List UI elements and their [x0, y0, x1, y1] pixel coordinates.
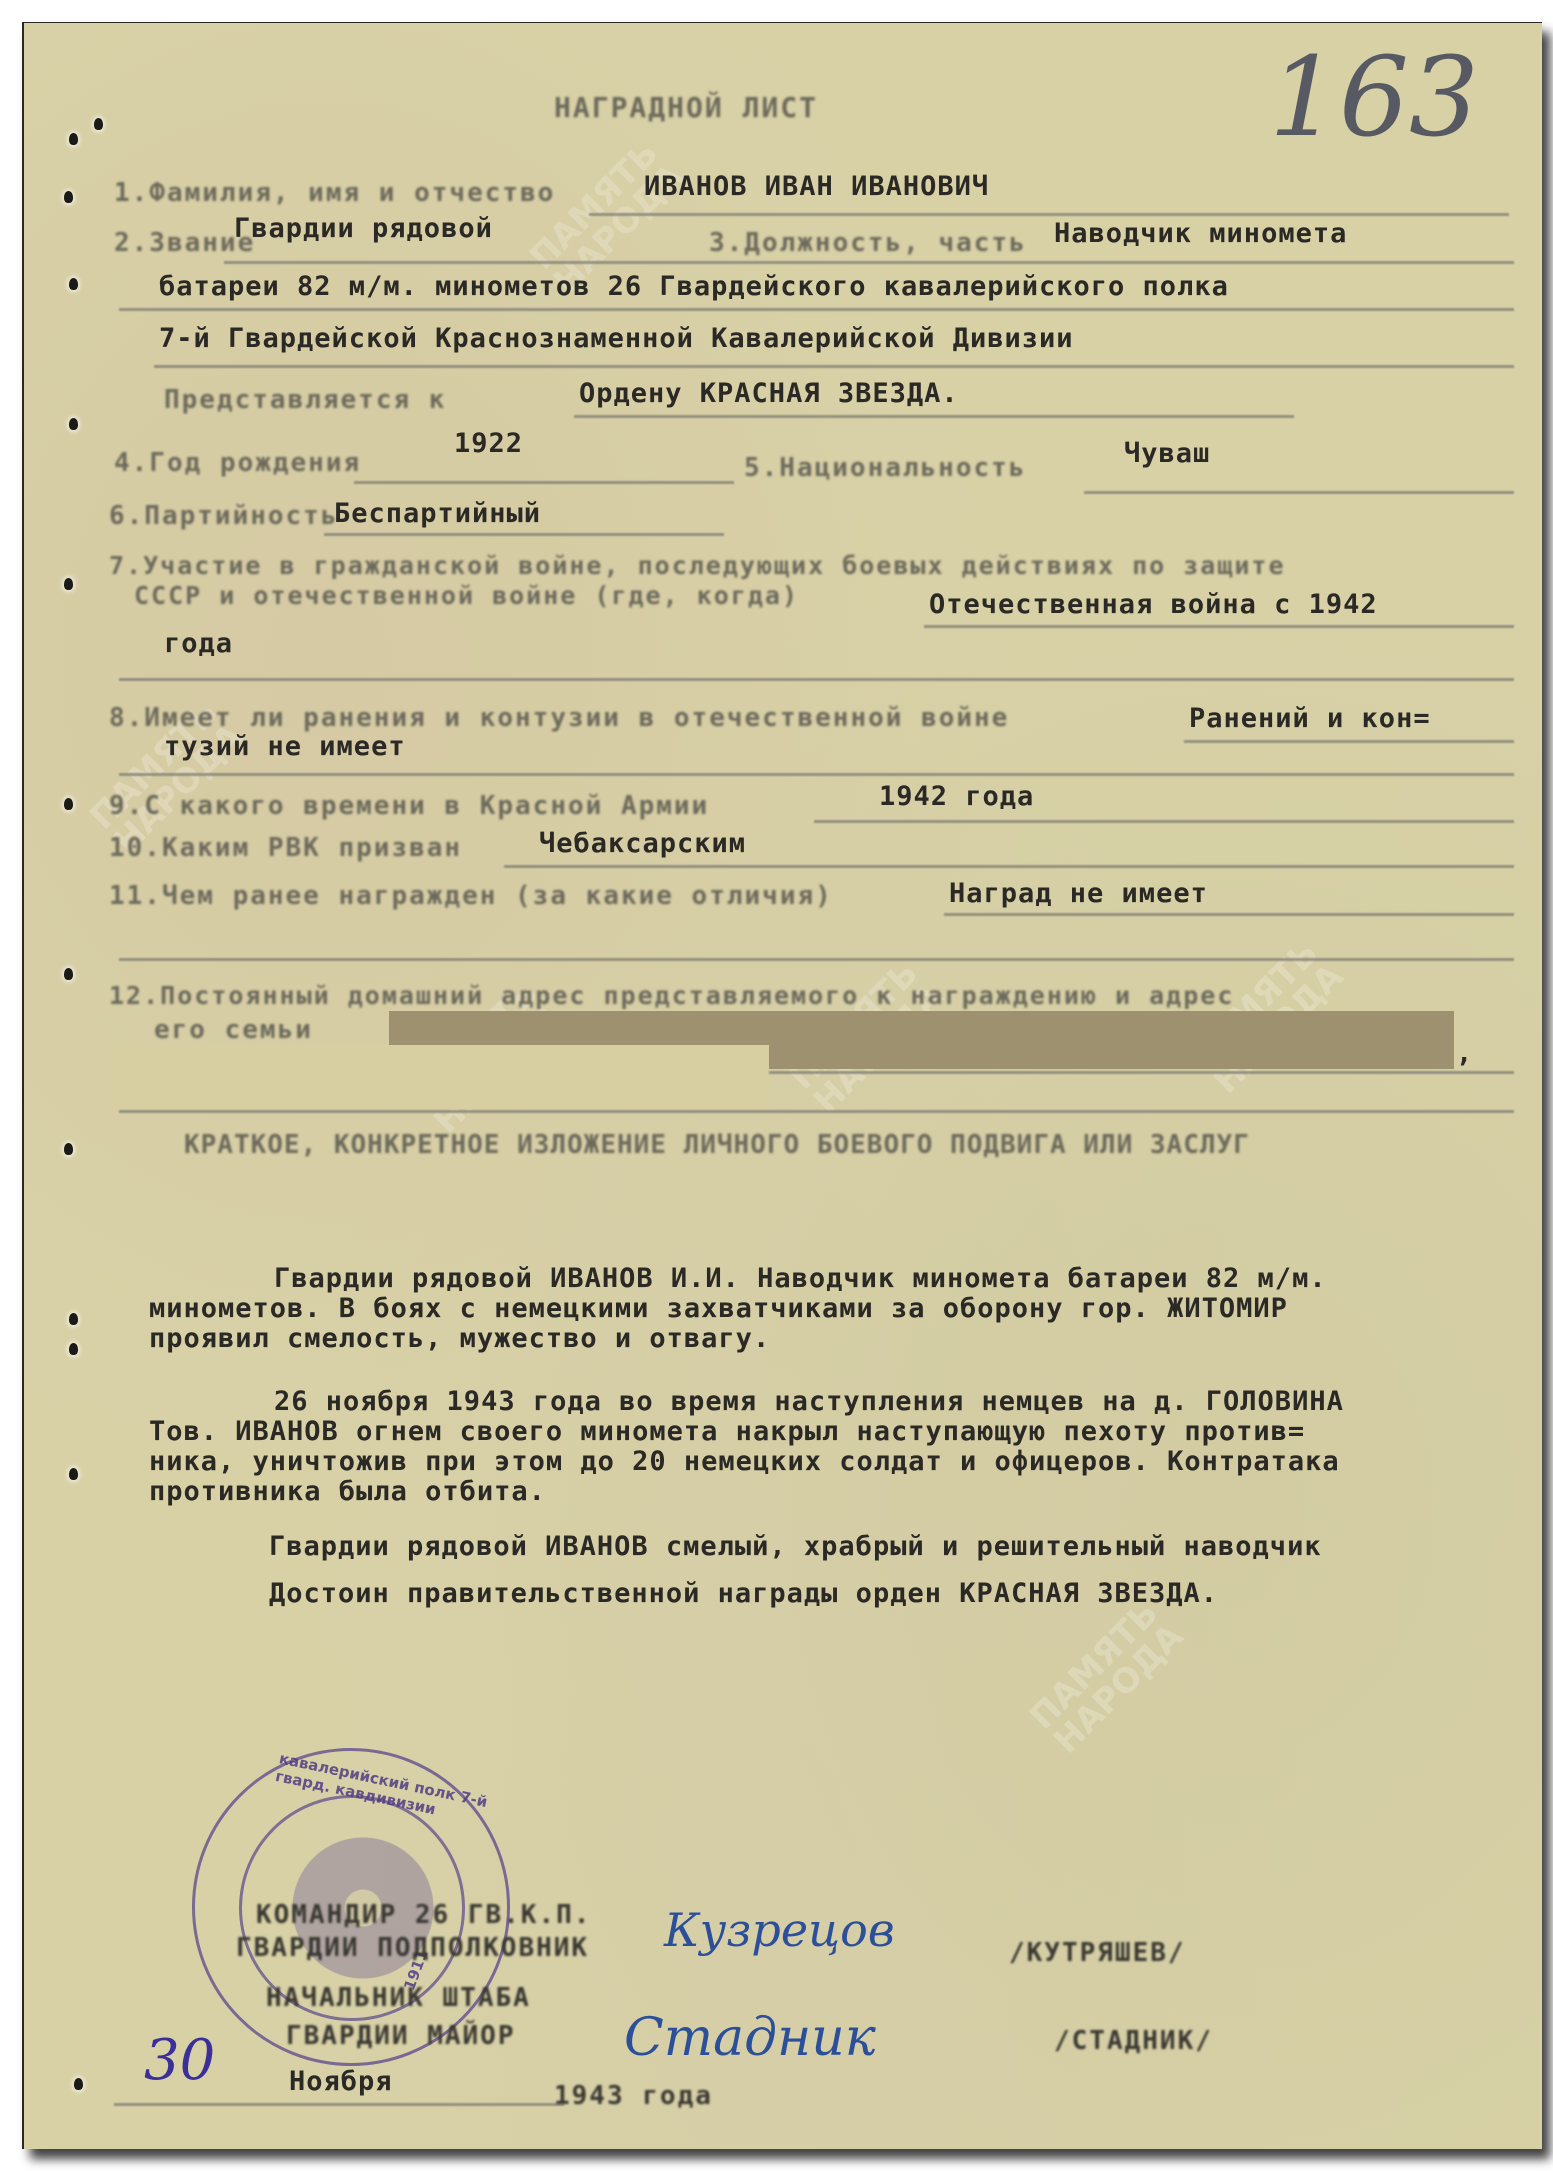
field-position-label: 3.Должность, часть	[709, 228, 1027, 258]
commander-name: /КУТРЯШЕВ/	[1009, 1938, 1186, 1968]
field-position-value-2: батареи 82 м/м. минометов 26 Гвардейског…	[159, 271, 1229, 302]
field-nationality-value: Чуваш	[1124, 438, 1210, 469]
field-nationality-label: 5.Национальность	[744, 453, 1026, 483]
field-position-value-3: 7-й Гвардейской Краснознаменной Кавалери…	[159, 323, 1074, 354]
field-wounds-value-2: тузий не имеет	[164, 731, 406, 762]
punch-hole	[64, 191, 73, 203]
field-draft-office-label: 10.Каким РВК призван	[109, 833, 462, 863]
field-name-value: ИВАНОВ ИВАН ИВАНОВИЧ	[644, 171, 989, 202]
narrative-line: Достоин правительственной награды орден …	[269, 1578, 1218, 1609]
chief-of-staff-name: /СТАДНИК/	[1054, 2026, 1213, 2056]
narrative-line: проявил смелость, мужество и отвагу.	[149, 1323, 770, 1354]
field-wounds-label: 8.Имеет ли ранения и контузии в отечеств…	[109, 703, 1009, 733]
field-birth-year-label: 4.Год рождения	[114, 448, 361, 478]
field-name-label: 1.Фамилия, имя и отчество	[114, 178, 555, 208]
field-participation-value-2: года	[164, 628, 233, 659]
nominated-value: Ордену КРАСНАЯ ЗВЕЗДА.	[579, 378, 959, 409]
punch-hole	[69, 1468, 78, 1480]
archive-number: 163	[1269, 33, 1479, 161]
field-previous-awards-label: 11.Чем ранее награжден (за какие отличия…	[109, 881, 833, 911]
field-address-label-2: его семьи	[154, 1015, 313, 1045]
field-army-since-label: 9.С какого времени в Красной Армии	[109, 791, 709, 821]
field-wounds-value-1: Ранений и кон=	[1189, 703, 1431, 734]
date-year: 1943 года	[554, 2081, 713, 2111]
punch-hole	[64, 968, 73, 980]
punch-hole	[69, 418, 78, 430]
punch-hole	[69, 1343, 78, 1355]
narrative-line: 26 ноября 1943 года во время наступления…	[274, 1386, 1344, 1417]
punch-hole	[69, 133, 78, 145]
punch-hole	[69, 1313, 78, 1325]
address-trailing-comma: ,	[1456, 1038, 1473, 1069]
narrative-line: Гвардии рядовой ИВАНОВ смелый, храбрый и…	[269, 1531, 1322, 1562]
narrative-line: минометов. В боях с немецкими захватчика…	[149, 1293, 1288, 1324]
date-month: Ноября	[289, 2066, 393, 2097]
field-party-value: Беспартийный	[334, 498, 541, 529]
field-address-label-1: 12.Постоянный домашний адрес представляе…	[109, 981, 1234, 1010]
nominated-label: Представляется к	[164, 385, 446, 415]
narrative-line: противника была отбита.	[149, 1476, 546, 1507]
commander-title-2: ГВАРДИИ ПОДПОЛКОВНИК	[236, 1933, 589, 1963]
punch-hole	[69, 278, 78, 290]
field-rank-value: Гвардии рядовой	[234, 213, 493, 244]
chief-of-staff-title-1: НАЧАЛЬНИК ШТАБА	[266, 1983, 531, 2013]
field-birth-year-value: 1922	[454, 428, 523, 459]
field-participation-label-1: 7.Участие в гражданской войне, последующ…	[109, 551, 1286, 580]
punch-hole	[74, 2078, 83, 2090]
narrative-line: ника, уничтожив при этом до 20 немецких …	[149, 1446, 1340, 1477]
field-previous-awards-value: Наград не имеет	[949, 878, 1208, 909]
narrative-line: Гвардии рядовой ИВАНОВ И.И. Наводчик мин…	[274, 1263, 1327, 1294]
field-participation-value-1: Отечественная война с 1942	[929, 589, 1378, 620]
watermark: ПАМЯТЬНАРОДА	[1024, 1595, 1189, 1760]
commander-signature: Кузрецов	[664, 1903, 895, 1957]
redacted-address-block	[109, 1045, 769, 1109]
narrative-line: Тов. ИВАНОВ огнем своего миномета накрыл…	[149, 1416, 1305, 1447]
field-party-label: 6.Партийность	[109, 501, 339, 531]
date-day: 30	[144, 2028, 215, 2093]
field-army-since-value: 1942 года	[879, 781, 1034, 812]
field-participation-label-2: СССР и отечественной войне (где, когда)	[134, 581, 799, 610]
award-sheet-page: ПАМЯТЬНАРОДА ПАМЯТЬНАРОДА ПАМЯТЬНАРОДА П…	[22, 22, 1542, 2149]
section-heading: КРАТКОЕ, КОНКРЕТНОЕ ИЗЛОЖЕНИЕ ЛИЧНОГО БО…	[184, 1130, 1250, 1160]
document-title: НАГРАДНОЙ ЛИСТ	[554, 91, 818, 124]
punch-hole	[94, 118, 103, 130]
commander-title-1: КОМАНДИР 26 ГВ.К.П.	[256, 1900, 591, 1930]
punch-hole	[64, 798, 73, 810]
field-position-value-1: Наводчик миномета	[1054, 218, 1347, 249]
punch-hole	[64, 1143, 73, 1155]
chief-of-staff-title-2: ГВАРДИИ МАЙОР	[286, 2021, 516, 2051]
punch-hole	[64, 578, 73, 590]
field-draft-office-value: Чебаксарским	[539, 828, 746, 859]
chief-of-staff-signature: Стадник	[624, 2008, 876, 2068]
